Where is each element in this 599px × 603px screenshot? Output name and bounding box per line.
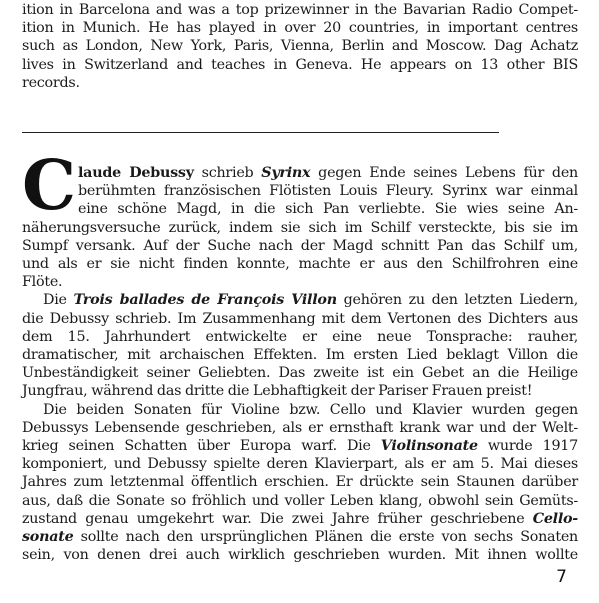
essay-line: krieg seinen Schatten über Europa warf. … <box>22 437 578 455</box>
bio-line: records. <box>22 74 578 92</box>
bio-line: ition in Munich. He has played in over 2… <box>22 19 578 37</box>
essay-line: sonate sollte nach den ursprünglichen Pl… <box>22 528 578 546</box>
biography-paragraph: ition in Barcelona and was a top prizewi… <box>22 1 578 92</box>
essay-line: Jahres zum letztenmal öffentlich erschie… <box>22 473 578 491</box>
bio-line: lives in Switzerland and teaches in Gene… <box>22 56 578 74</box>
essay-line: zustand genau umgekehrt war. Die zwei Ja… <box>22 510 578 528</box>
essay-line: aus, daß die Sonate so fröhlich und voll… <box>22 492 578 510</box>
essay-line: Die beiden Sonaten für Violine bzw. Cell… <box>22 401 578 419</box>
work-title-villon: Trois ballades de François Villon <box>74 292 337 308</box>
document-page: ition in Barcelona and was a top prizewi… <box>0 0 599 603</box>
work-title-violinsonate: Violinsonate <box>381 438 478 454</box>
lead-in-text: laude Debussy <box>78 165 194 181</box>
page-number: 7 <box>556 567 567 587</box>
essay-line: und als er sie nicht finden konnte, mach… <box>22 255 578 273</box>
essay-line: Flöte. <box>22 273 578 291</box>
essay-line: Unbeständigkeit seiner Geliebten. Das zw… <box>22 364 578 382</box>
essay-body: laude Debussy schrieb Syrinx gegen Ende … <box>22 164 578 564</box>
essay-line: Jungfrau, während das dritte die Lebhaft… <box>22 382 578 400</box>
work-title-syrinx: Syrinx <box>261 165 310 181</box>
essay-line: Die Trois ballades de François Villon ge… <box>22 291 578 309</box>
bio-line: such as London, New York, Paris, Vienna,… <box>22 37 578 55</box>
essay-line: Sumpf versank. Auf der Suche nach der Ma… <box>22 237 578 255</box>
essay-line: laude Debussy schrieb Syrinx gegen Ende … <box>22 164 578 182</box>
essay-line: eine schöne Magd, in die sich Pan verlie… <box>22 200 578 218</box>
essay-line: dem 15. Jahrhundert entwickelte er eine … <box>22 328 578 346</box>
section-divider <box>22 132 499 133</box>
work-title-cellosonate-cont: sonate <box>22 529 73 545</box>
essay-line: näherungsversuche zurück, indem sie sich… <box>22 219 578 237</box>
essay-line: Debussys Lebensende geschrieben, als er … <box>22 419 578 437</box>
essay-line: komponiert, und Debussy spielte deren Kl… <box>22 455 578 473</box>
essay-line: sein, von denen drei auch wirklich gesch… <box>22 546 578 564</box>
work-title-cellosonate: Cello- <box>533 511 578 527</box>
bio-line: ition in Barcelona and was a top prizewi… <box>22 1 578 19</box>
essay-line: die Debussy schrieb. Im Zusammenhang mit… <box>22 310 578 328</box>
essay-line: berühmten französischen Flötisten Louis … <box>22 182 578 200</box>
essay-line: dramatischer, mit archaischen Effekten. … <box>22 346 578 364</box>
